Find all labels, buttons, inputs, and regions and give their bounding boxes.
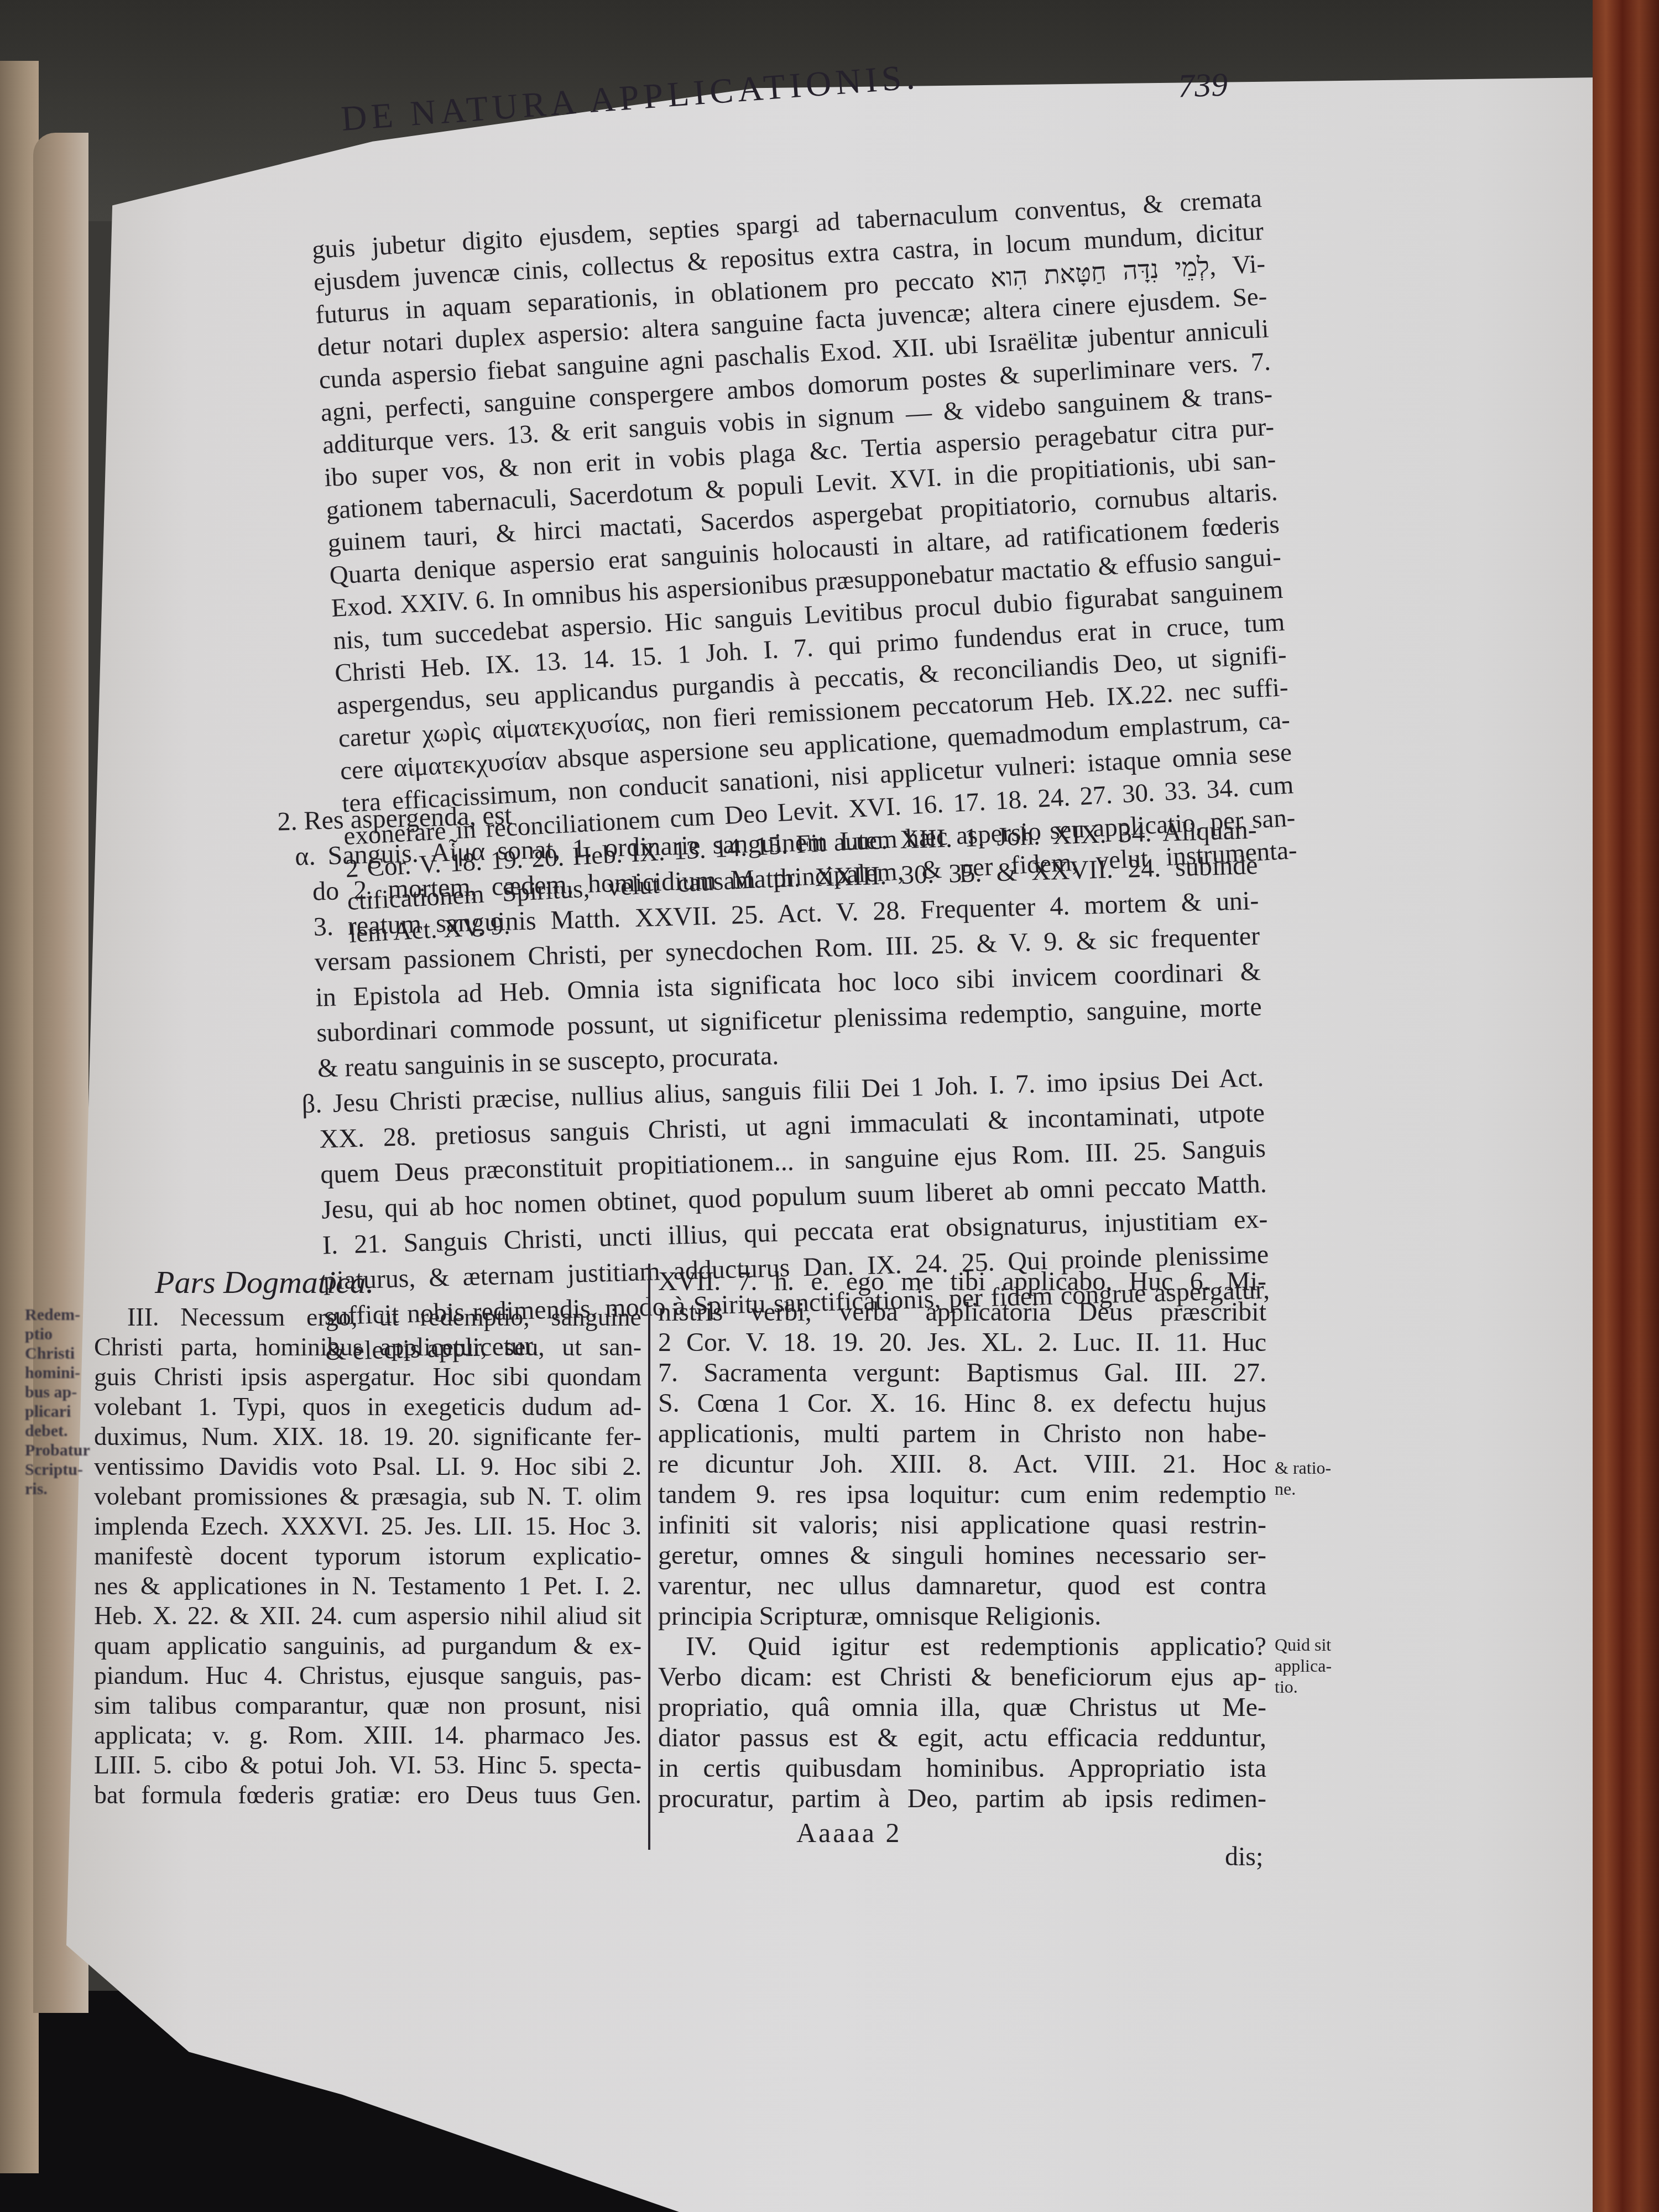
text-line: quam applicatio sanguinis, ad purgandum … [94,1631,641,1661]
text-line: Heb. X. 22. & XII. 24. cum aspersio nihi… [94,1601,641,1631]
margin-line: debet. [25,1421,97,1441]
right-column: XVII. 7. h. e. ego me tibi applicabo. Hu… [658,1266,1266,1814]
margin-line: bus ap- [25,1383,97,1402]
margin-note-right: & ratio- ne. [1275,1457,1374,1499]
margin-line: & ratio- [1275,1457,1374,1478]
margin-note-left: Redem- ptio Christi homini- bus ap- plic… [25,1305,97,1499]
text-line: principia Scripturæ, omnisque Religionis… [658,1601,1266,1631]
text-line: volebant promissiones & præsagia, sub N.… [94,1481,641,1511]
text-line: Christi parta, hominibus applicetur, seu… [94,1332,641,1362]
section-heading: Pars Dogmatica. [155,1264,374,1301]
text-line: varentur, nec ullus damnaretur, quod est… [658,1571,1266,1601]
text-line: piandum. Huc 4. Christus, ejusque sangui… [94,1661,641,1691]
text-line: ventissimo Davidis voto Psal. LI. 9. Hoc… [94,1452,641,1481]
text-line: infiniti sit valoris; nisi applicatione … [658,1510,1266,1540]
text-line: applicationis, multi partem in Christo n… [658,1418,1266,1449]
running-title: DE NATURA APPLICATIONIS. [340,56,921,139]
text-line: Verbo dicam: est Christi & beneficiorum … [658,1662,1266,1692]
margin-line: Redem- [25,1305,97,1324]
text-line: XVII. 7. h. e. ego me tibi applicabo. Hu… [658,1266,1266,1297]
margin-line: applica- [1275,1655,1374,1676]
margin-line: ptio [25,1324,97,1344]
text-line: III. Necessum ergo, ut redemptio, sangui… [94,1302,641,1332]
text-line: diator passus est & egit, actu efficacia… [658,1723,1266,1753]
page-text: DE NATURA APPLICATIONIS. 739 guis jubetu… [0,0,1659,2212]
margin-line: Probatur [25,1441,97,1460]
text-line: nes & applicationes in N. Testamento 1 P… [94,1571,641,1601]
text-line: sim talibus comparantur, quæ non prosunt… [94,1691,641,1720]
margin-line: tio. [1275,1676,1374,1697]
text-line: manifestè docent typorum istorum explica… [94,1541,641,1571]
margin-line: Christi [25,1344,97,1363]
margin-line: homini- [25,1363,97,1383]
signature-mark: Aaaaa 2 [796,1817,901,1849]
text-line: LIII. 5. cibo & potui Joh. VI. 53. Hinc … [94,1750,641,1780]
text-line: procuratur, partim à Deo, partim ab ipsi… [658,1783,1266,1814]
margin-line: Quid sit [1275,1634,1374,1655]
page-number: 739 [1177,65,1228,105]
text-line: duximus, Num. XIX. 18. 19. 20. significa… [94,1422,641,1452]
text-line: implenda Ezech. XXXVI. 25. Jes. LII. 15.… [94,1511,641,1541]
text-line: 2 Cor. V. 18. 19. 20. Jes. XL. 2. Luc. I… [658,1327,1266,1358]
text-line: nistris verbi, verba applicatoria Deus p… [658,1297,1266,1327]
text-line: geretur, omnes & singuli homines necessa… [658,1540,1266,1571]
left-column: III. Necessum ergo, ut redemptio, sangui… [94,1302,641,1810]
margin-line: Scriptu- [25,1460,97,1479]
text-line: in certis quibusdam hominibus. Appropria… [658,1753,1266,1783]
text-line: guis Christi ipsis aspergatur. Hoc sibi … [94,1362,641,1392]
catchword: dis; [1225,1841,1263,1872]
margin-line: plicari [25,1402,97,1421]
text-line: re dicuntur Joh. XIII. 8. Act. VIII. 21.… [658,1449,1266,1479]
text-line: applicata; v. g. Rom. XIII. 14. pharmaco… [94,1720,641,1750]
text-line: volebant 1. Typi, quos in exegeticis dud… [94,1392,641,1422]
text-line: tandem 9. res ipsa loquitur: cum enim re… [658,1479,1266,1510]
column-divider [648,1264,650,1850]
text-line: IV. Quid igitur est redemptionis applica… [658,1631,1266,1662]
text-line: bat formula fœderis gratiæ: ero Deus tuu… [94,1780,641,1810]
text-line: 7. Sacramenta vergunt: Baptismus Gal. II… [658,1358,1266,1388]
margin-line: ris. [25,1479,97,1499]
text-line: S. Cœna 1 Cor. X. 16. Hinc 8. ex defectu… [658,1388,1266,1418]
margin-line: ne. [1275,1478,1374,1499]
text-line: propriatio, quâ omnia illa, quæ Christus… [658,1692,1266,1723]
margin-note-right: Quid sit applica- tio. [1275,1634,1374,1697]
